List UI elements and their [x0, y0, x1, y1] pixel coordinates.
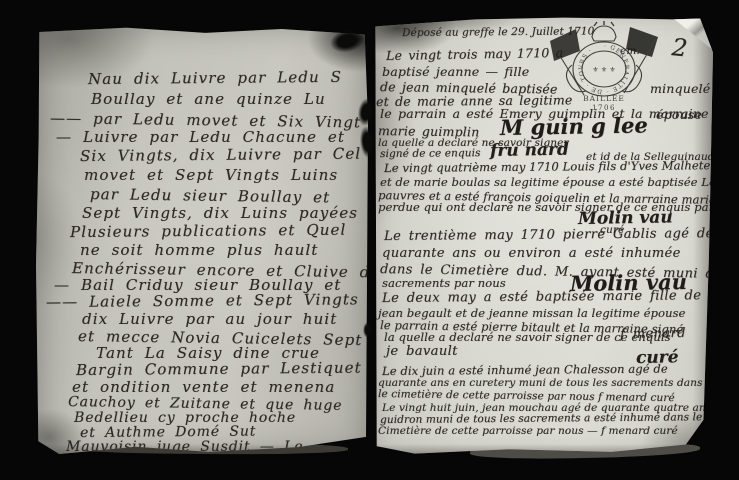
manuscript-line: Sept Vingts, dix Luins payées — [82, 204, 358, 222]
signature: je bavault — [386, 344, 458, 359]
manuscript-line: Le vingt quatrième may 1710 Louis fils d… — [384, 158, 725, 175]
manuscript-line: baptisé jeanne — fille — [382, 64, 529, 79]
ink-blot — [363, 322, 372, 338]
manuscript-line: perdue qui ont declaré ne savoir signer … — [378, 200, 739, 214]
manuscript-line: ne soit homme plus hault — [80, 241, 318, 259]
manuscript-line: Gerard Renz que ce Sperme — [76, 453, 315, 472]
manuscript-line: dix Luivre par au jour huit — [82, 310, 337, 328]
ink-blot — [356, 97, 376, 127]
signature: fru nard — [490, 140, 569, 161]
manuscript-line: Cimetière de cette parroisse par nous — … — [378, 425, 678, 437]
royal-tax-stamp-icon: · GENERALITE · DE · TOVRS · ⚜ ⚜ ⚜ BAILLÉ… — [542, 21, 666, 121]
manuscript-line: et de marie boulas sa legitime épouse a … — [380, 175, 716, 189]
right-page: Déposé au greffe le 29. Juillet 1710 2 e… — [374, 15, 713, 455]
manuscript-line: — Luivre par Ledu Chacune et — [56, 128, 345, 146]
manuscript-line: Le dix juin a esté inhumé jean Chalesson… — [382, 362, 668, 378]
manuscript-line: quarante ans en curetery muni de tous le… — [378, 377, 702, 389]
manuscript-line: —— Laiele Somme et Sept Vingts — [46, 290, 359, 311]
manuscript-line: Nau dix Luivre par Ledu S — [88, 68, 342, 88]
page-number: 2 — [671, 33, 689, 62]
manuscript-line: sacrements par nous — [382, 276, 506, 290]
manuscript-line: Plusieurs publications et Quel — [70, 221, 346, 241]
manuscript-line: Le deux may a esté baptisée marie fille … — [382, 288, 701, 306]
manuscript-line: movet et Sept Vingts Luins — [84, 166, 338, 184]
manuscript-line: Le trentième may 1710 pierre Gablis agé … — [384, 226, 714, 244]
manuscript-line: Bargin Commune par Lestiquet — [76, 359, 362, 379]
manuscript-scan: Nau dix Luivre par Ledu S Boullay et ane… — [0, 0, 739, 480]
svg-text:⚜ ⚜ ⚜: ⚜ ⚜ ⚜ — [592, 66, 615, 74]
manuscript-line: Six Vingts, dix Luivre par Cel — [80, 145, 361, 165]
signature: f menard — [620, 326, 686, 342]
manuscript-line: signé de ce enquis — [380, 147, 481, 160]
manuscript-line: quarante ans ou environ a esté inhumée — [382, 246, 681, 261]
left-page: Nau dix Luivre par Ledu S Boullay et ane… — [36, 26, 368, 454]
svg-text:BAILLÉE: BAILLÉE — [583, 94, 625, 103]
manuscript-line: Boullay et ane quinze Lu — [91, 90, 326, 108]
svg-text:1706: 1706 — [592, 104, 616, 112]
manuscript-line: Le vingt trois may 1710 a — [386, 45, 564, 63]
manuscript-line: et ondition vente et menena — [72, 378, 335, 396]
ink-blot — [359, 125, 376, 158]
manuscript-line: guidron muni de tous les sacrements a es… — [380, 411, 702, 426]
